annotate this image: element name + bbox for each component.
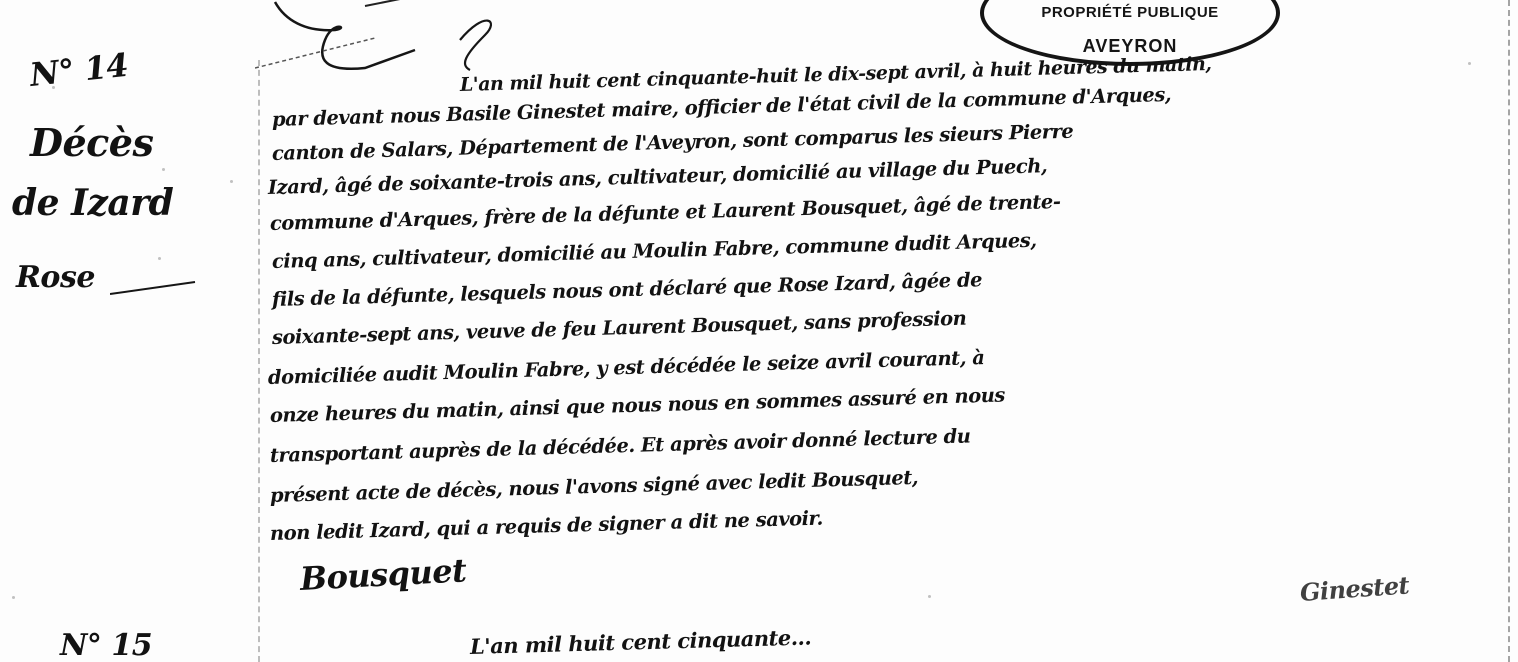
margin-title-surname: de Izard — [12, 182, 173, 224]
paper-speck — [162, 168, 165, 171]
stamp-text-line1: PROPRIÉTÉ PUBLIQUE — [984, 4, 1276, 21]
page-edge-line — [1508, 0, 1510, 662]
entry-number: N° 14 — [28, 46, 130, 94]
paper-speck — [230, 180, 233, 183]
paper-speck — [1468, 62, 1471, 65]
record-line-5: commune d'Arques, frère de la défunte et… — [270, 190, 1061, 235]
margin-title-given-name: Rose — [16, 260, 95, 295]
paper-speck — [158, 257, 161, 260]
margin-divider-line — [258, 60, 260, 662]
record-line-8: soixante-sept ans, veuve de feu Laurent … — [272, 307, 967, 349]
record-line-9: domiciliée audit Moulin Fabre, y est déc… — [268, 346, 985, 389]
record-line-10: onze heures du matin, ainsi que nous nou… — [270, 383, 1005, 427]
underline-stroke — [110, 280, 200, 300]
record-line-7: fils de la défunte, lesquels nous ont dé… — [272, 268, 983, 311]
stamp-text-line2: AVEYRON — [984, 36, 1276, 57]
next-entry-number: N° 15 — [60, 628, 152, 662]
paper-speck — [928, 595, 931, 598]
record-line-13: non ledit Izard, qui a requis de signer … — [270, 507, 823, 545]
scanned-register-page: PROPRIÉTÉ PUBLIQUE AVEYRON N° 14 Décès d… — [0, 0, 1518, 662]
record-line-12: présent acte de décès, nous l'avons sign… — [270, 466, 919, 507]
signature-witness: Bousquet — [299, 551, 467, 598]
signature-mayor: Ginestet — [1299, 570, 1410, 607]
paper-speck — [12, 596, 15, 599]
record-line-6: cinq ans, cultivateur, domicilié au Moul… — [272, 229, 1037, 273]
margin-title-deces: Décès — [30, 120, 153, 165]
next-entry-opening: L'an mil huit cent cinquante... — [470, 624, 812, 659]
record-line-11: transportant auprès de la décédée. Et ap… — [270, 424, 971, 467]
